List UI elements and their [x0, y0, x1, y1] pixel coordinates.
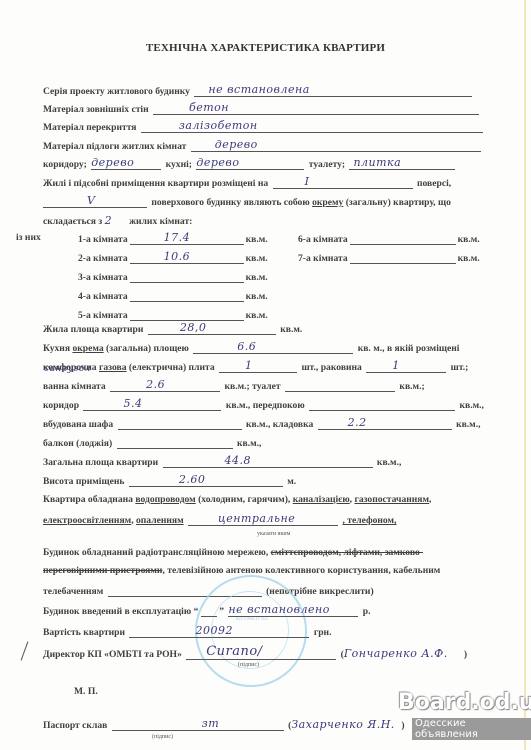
floor-number-field[interactable]: I	[273, 176, 413, 189]
watermark-tagline: Одесские объявления	[412, 718, 531, 740]
floor-field[interactable]: дерево	[191, 139, 481, 152]
heating-field[interactable]: центральне	[188, 513, 338, 526]
passport-row: Паспорт склав зт (Захарченко Я.Н.)	[43, 718, 405, 731]
balcony-area-field[interactable]	[117, 436, 233, 449]
kitchen-floor-field[interactable]: дерево	[196, 157, 304, 170]
located-row: Жилі і підсобні приміщення квартири розм…	[43, 176, 451, 189]
height-row: Висота приміщень 2.60 м.	[43, 474, 296, 487]
series-field[interactable]: не встановлена	[194, 84, 472, 97]
room-area-field[interactable]	[350, 251, 456, 264]
building-row-1: Будинок обладнаний радіотрансляційною ме…	[43, 547, 423, 558]
commissioned-date-field[interactable]: не встановлено	[228, 604, 358, 617]
margin-mark	[21, 641, 29, 660]
total-area-row: Загальна площа квартири 44.8 кв.м.,	[43, 455, 401, 468]
living-area-row: Жила площа квартири 28,0 кв.м.	[43, 322, 302, 335]
corridor-floor-field[interactable]: дерево	[91, 157, 161, 170]
seal-label: М. П.	[74, 686, 98, 697]
toilet-area-field[interactable]	[285, 379, 395, 392]
kitchen-area-field[interactable]: 6.6	[193, 341, 353, 354]
clerk-signature-field[interactable]: зт	[112, 718, 284, 731]
clerk-signature-note: (підпис)	[152, 734, 173, 740]
pantry-area-field[interactable]: 2.2	[318, 417, 452, 430]
equipment-row-2: електроосвітленням, опаленням центральне…	[43, 513, 396, 526]
corridor-row: коридор 5.4 кв.м., передпокою кв.м.,	[43, 398, 484, 411]
kitchen-row: Кухня окрема (загальна) площею 6.6 кв. м…	[43, 341, 459, 354]
specify-note: указати яким	[257, 531, 290, 537]
watermark-logo: Board.od.ua	[398, 690, 531, 715]
director-signature-field[interactable]: Curano/	[186, 647, 336, 660]
ceiling-field[interactable]: залізобетон	[141, 120, 483, 133]
room-row: 4-а кімнатакв.м.	[78, 289, 268, 302]
bath-note: санвузол	[44, 364, 91, 374]
room-area-field[interactable]: 17.4	[130, 232, 244, 245]
storeys-row: V поверхового будинку являють собою окре…	[43, 195, 451, 208]
cost-row: Вартість квартири 20092 грн.	[43, 625, 331, 638]
sink-count-field[interactable]: 1	[366, 360, 446, 373]
storeys-field[interactable]: V	[43, 195, 147, 208]
corridor-area-field[interactable]: 5.4	[83, 398, 221, 411]
walls-row: Матеріал зовнішніх стін бетон	[43, 102, 481, 115]
wardrobe-row: вбудована шафа кв.м., кладовка 2.2 кв.м.…	[43, 417, 481, 430]
bath-row: ванна кімната 2.6 кв.м.; туалет кв.м.;	[43, 379, 425, 392]
stove-row: комфорочна газова (електрична) плита 1 ш…	[43, 360, 468, 373]
room-row: 1-а кімната17.4кв.м.	[78, 232, 268, 245]
page-title: ТЕХНІЧНА ХАРАКТЕРИСТИКА КВАРТИРИ	[0, 42, 531, 54]
room-row: 2-а кімната10.6кв.м.	[78, 251, 268, 264]
room-row: 6-а кімнатакв.м.	[298, 232, 480, 245]
director-signature-note: (підпис)	[238, 662, 259, 668]
walls-field[interactable]: бетон	[153, 102, 479, 115]
total-area-field[interactable]: 44.8	[163, 455, 373, 468]
rooms-count-value[interactable]: 2	[105, 214, 127, 227]
director-signature: Curano/	[206, 644, 262, 659]
equipment-row-1: Квартира обладнана водопроводом (холодни…	[43, 494, 431, 505]
page-edge	[524, 0, 526, 750]
commissioned-row: Будинок введений в експлуатацію “ ” не в…	[43, 604, 371, 617]
room-row: 5-а кімнатакв.м.	[78, 308, 268, 321]
room-area-field[interactable]: 10.6	[130, 251, 244, 264]
of-them-label: із них	[16, 232, 41, 243]
document-page: ТЕХНІЧНА ХАРАКТЕРИСТИКА КВАРТИРИ Серія п…	[0, 0, 531, 750]
building-row-2: переговірними пристроями, телевізійною а…	[43, 565, 440, 576]
room-area-field[interactable]	[130, 308, 244, 321]
rooms-count-row: складається з 2 жилих кімнат:	[43, 214, 192, 227]
room-row: 7-а кімнатакв.м.	[298, 251, 480, 264]
ceiling-row: Матеріал перекриття залізобетон	[43, 120, 485, 133]
commissioned-day-field[interactable]	[201, 604, 217, 617]
room-row: 3-а кімнатакв.м.	[78, 270, 268, 283]
room-area-field[interactable]	[130, 270, 244, 283]
series-row: Серія проекту житлового будинку не встан…	[43, 84, 474, 97]
room-area-field[interactable]	[350, 232, 456, 245]
bath-area-field[interactable]: 2.6	[110, 379, 220, 392]
hall-area-field[interactable]	[309, 398, 455, 411]
director-row: Директор КП «ОМБТІ та РОН» Curano/ (Гонч…	[43, 647, 467, 660]
balcony-row: балкон (лоджія) кв.м.,	[43, 436, 261, 449]
height-field[interactable]: 2.60	[129, 474, 283, 487]
stove-count-field[interactable]: 1	[219, 360, 297, 373]
room-area-field[interactable]	[130, 289, 244, 302]
toilet-floor-field[interactable]: плитка	[349, 157, 455, 170]
floors-by-room-row: коридору; дерево кухні; дерево туалету; …	[43, 157, 457, 170]
living-area-field[interactable]: 28,0	[148, 322, 276, 335]
wardrobe-area-field[interactable]	[118, 417, 242, 430]
floor-row: Матеріал підлоги житлих кімнат дерево	[43, 139, 483, 152]
cost-field[interactable]: 20092	[129, 625, 309, 638]
